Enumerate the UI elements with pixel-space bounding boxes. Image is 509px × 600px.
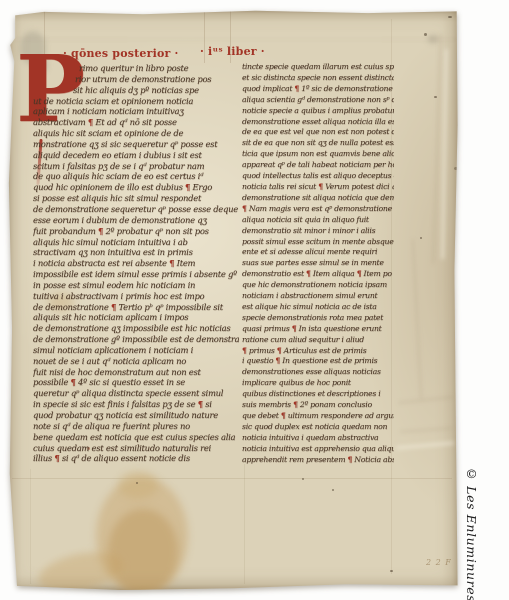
- speck: [424, 33, 427, 36]
- manuscript-line: quibus distinctiones et descriptiones i: [242, 389, 394, 400]
- crease: [441, 49, 448, 259]
- speck: [332, 489, 334, 491]
- paraph-mark: ¶: [292, 324, 297, 333]
- paraph-mark: ¶: [347, 455, 352, 464]
- paraph-mark: ¶: [71, 377, 76, 387]
- manuscript-line: de demonstratione qʒ impossibile est hic…: [33, 323, 239, 334]
- manuscript-line: de demonstratione ¶ Tertio pᵇ qᵖ impossi…: [33, 302, 239, 313]
- crease: [412, 239, 422, 399]
- manuscript-line: tuitiva i abstractivam i primis hoc est …: [33, 291, 239, 302]
- ruling-line: [30, 469, 31, 584]
- crease: [432, 34, 442, 264]
- speck: [448, 16, 452, 18]
- manuscript-line: si posse est aliquis hic sit simul respo…: [33, 193, 239, 204]
- manuscript-line: quod probatur qʒ noticia est similitudo …: [33, 410, 239, 421]
- manuscript-line: demonstrationes esse aliquas noticias: [242, 367, 394, 378]
- stain: [118, 471, 158, 499]
- manuscript-line: demonstratio sit minor i minor i aliis: [242, 226, 394, 237]
- paraph-mark: ¶: [111, 302, 116, 312]
- manuscript-line: de quo aliquis hic sciam de eo est certu…: [33, 171, 239, 182]
- manuscript-line: i noticia abstracta est rei absente ¶ It…: [33, 258, 239, 269]
- crease: [398, 396, 453, 404]
- manuscript-line: esse eorum i dubium de demonstratione qʒ: [33, 215, 239, 226]
- manuscript-line: abstractivam ¶ Et ad qᵈ nō sit posse: [33, 117, 239, 128]
- manuscript-line: et sic distincta specie non essent disti…: [242, 73, 394, 84]
- stain: [108, 509, 178, 594]
- manuscript-line: aliqua scientia gᵈ demonstratione non sᵖ…: [242, 95, 394, 106]
- text-column-right: tincte specie quedam illarum est cuius s…: [242, 62, 394, 476]
- ruling-line: [244, 464, 245, 584]
- manuscript-line: fuit nisi de hoc demonstratum aut non es…: [33, 367, 239, 378]
- manuscript-line: ¶ primus ¶ Articulus est de primis: [242, 346, 394, 357]
- speck: [420, 237, 422, 239]
- paraph-mark: ¶: [294, 84, 299, 93]
- stain: [35, 546, 126, 599]
- manuscript-line: quod intellectus talis est aliquo decept…: [242, 171, 394, 182]
- manuscript-line: noticia intuitiva est apprehensio qua al…: [242, 444, 394, 455]
- paraph-mark: ¶: [242, 346, 247, 355]
- speck: [454, 167, 458, 170]
- manuscript-line: sic quod duplex est noticia quedam non: [242, 422, 394, 433]
- speck: [136, 482, 138, 484]
- ruling-line: [12, 478, 452, 479]
- manuscript-line: est alique hic simul noticia ac de ista: [242, 302, 394, 313]
- manuscript-line: nouet de se i aut qᵈ noticia aplicam no: [33, 356, 239, 367]
- crease: [400, 427, 452, 433]
- paraph-mark: ¶: [98, 226, 103, 236]
- paraph-mark: ¶: [198, 399, 203, 409]
- manuscript-line: aliquid decedem eo etiam i dubius i sit …: [33, 150, 239, 161]
- manuscript-line: aliquis sit hic noticiam aplicam i impos: [33, 312, 239, 323]
- manuscript-line: rimo queritur in libro poste: [33, 63, 239, 74]
- paraph-mark: ¶: [275, 356, 280, 365]
- speck: [434, 96, 437, 98]
- manuscript-line: possit simul esse scitum in mente absque: [242, 237, 394, 248]
- manuscript-line: que hic demonstrationem noticia ipsam: [242, 280, 394, 291]
- manuscript-line: bene quedam est noticia que est cuius sp…: [33, 432, 239, 443]
- manuscript-line: cuius quedam est est similitudo naturali…: [33, 443, 239, 454]
- manuscript-line: de ea que est vel que non est non potest…: [242, 127, 394, 138]
- manuscript-line: sit de ea que non sit qʒ de nulla potest…: [242, 138, 394, 149]
- manuscript-line: sit hic aliquis dʒ pº noticias spe: [33, 85, 239, 96]
- paraph-mark: ¶: [277, 346, 282, 355]
- manuscript-line: i questio ¶ In questione est de primis: [242, 356, 394, 367]
- manuscript-line: tincte specie quedam illarum est cuius s…: [242, 62, 394, 73]
- manuscript-line: suas sue partes esse simul se in mente: [242, 258, 394, 269]
- paraph-mark: ¶: [185, 182, 190, 192]
- manuscript-line: demonstratione sit aliqua noticia que de…: [242, 193, 394, 204]
- paraph-mark: ¶: [88, 117, 93, 127]
- paraph-mark: ¶: [281, 411, 286, 420]
- paraph-mark: ¶: [242, 204, 247, 213]
- parchment-leaf: · qōnes posterior · · iᵘˢ liber · P rimo…: [8, 9, 458, 590]
- manuscript-line: rior utrum de demonstratione pos: [33, 74, 239, 85]
- paraph-mark: ¶: [357, 269, 362, 278]
- manuscript-line: noticia talis rei sicut ¶ Verum potest d…: [242, 182, 394, 193]
- manuscript-photo: · qōnes posterior · · iᵘˢ liber · P rimo…: [0, 0, 509, 600]
- manuscript-line: noticie specie a quibus i amplius probat…: [242, 106, 394, 117]
- crease: [396, 441, 454, 449]
- manuscript-line: aliqua noticia sit quia in aliquo fuit: [242, 215, 394, 226]
- manuscript-line: scitum i falsitas pʒ de se i qᵈ probatur…: [33, 161, 239, 172]
- manuscript-line: noticia intuitiva i quedam abstractiva: [242, 433, 394, 444]
- manuscript-line: queretur qᵖ aliqua distincta specie esse…: [33, 388, 239, 399]
- manuscript-line: apprehendit rem presentem ¶ Noticia abst…: [242, 455, 394, 466]
- speck: [302, 478, 304, 480]
- manuscript-line: simul noticiam aplicationem i noticiam i: [33, 345, 239, 356]
- credit-watermark: © Les Enluminures: [464, 466, 479, 596]
- manuscript-line: appareat qᵖ de tali habeat noticiam per …: [242, 160, 394, 171]
- manuscript-line: quod implicat ¶ 1º sic de demonstratione…: [242, 84, 394, 95]
- manuscript-line: quasi primus ¶ In ista questione erunt: [242, 324, 394, 335]
- paraph-mark: ¶: [54, 453, 59, 463]
- manuscript-line: ut de noticia sciam et opinionem noticia: [33, 96, 239, 107]
- manuscript-line: stractivam qʒ non intuitiva est in primi…: [33, 247, 239, 258]
- paraph-mark: ¶: [306, 269, 311, 278]
- manuscript-line: specie demonstrationis rota mea patet: [242, 313, 394, 324]
- manuscript-line: noticiam i abstractionem simul erunt: [242, 291, 394, 302]
- paraph-mark: ¶: [169, 258, 174, 268]
- manuscript-line: ratione cum aliud sequitur i aliud: [242, 335, 394, 346]
- manuscript-line: ¶ Nam magis vera est qᵖ demonstratione: [242, 204, 394, 215]
- manuscript-line: ente et si adesse alicui mente requiri: [242, 247, 394, 258]
- manuscript-line: in specie si sic est finis i falsitas pʒ…: [33, 399, 239, 410]
- speck: [390, 570, 393, 572]
- manuscript-line: in posse est simul eodem hic noticiam in: [33, 280, 239, 291]
- smudge: [428, 35, 438, 43]
- paraph-mark: ¶: [318, 182, 323, 191]
- manuscript-line: possibile ¶ 4º sic si questio esset in s…: [33, 377, 239, 388]
- manuscript-line: monstratione qʒ si sic sequeretur qᵖ pos…: [33, 139, 239, 150]
- manuscript-line: suis membris ¶ 2º ponam conclusio: [242, 400, 394, 411]
- manuscript-line: illius ¶ si qᵈ de aliquo essent noticie …: [33, 453, 239, 464]
- manuscript-line: ticia que ipsum non est quamvis bene ali…: [242, 149, 394, 160]
- manuscript-line: que debet ¶ ultimum respondere ad argume…: [242, 411, 394, 422]
- manuscript-line: de demonstratione gº impossibile est de …: [33, 334, 239, 345]
- header-rubric-book: · iᵘˢ liber ·: [200, 45, 265, 58]
- text-column-left: rimo queritur in libro posterior utrum d…: [33, 63, 239, 475]
- folio-mark: 2 2 F: [426, 558, 452, 567]
- manuscript-line: impossibile est idem simul esse primis i…: [33, 269, 239, 280]
- manuscript-line: note si qᵈ de aliqua re fuerint plures n…: [33, 421, 239, 432]
- parchment-surface: · qōnes posterior · · iᵘˢ liber · P rimo…: [8, 9, 458, 590]
- manuscript-line: aliquis hic sit sciam et opinione de de: [33, 128, 239, 139]
- manuscript-line: de demonstratione sequeretur qᵖ posse es…: [33, 204, 239, 215]
- manuscript-line: aliquis hic simul noticiam intuitiva i a…: [33, 237, 239, 248]
- manuscript-line: aplicam i noticiam noticiam intuitivaʒ: [33, 106, 239, 117]
- manuscript-line: fuit probandum ¶ 2º probatur qᵖ non sit …: [33, 226, 239, 237]
- manuscript-line: quod hic opinionem de illo est dubius ¶ …: [33, 182, 239, 193]
- manuscript-line: demonstratio est ¶ Item aliqua ¶ Item po: [242, 269, 394, 280]
- manuscript-line: demonstratione esset aliqua noticia illa…: [242, 117, 394, 128]
- manuscript-line: implicare quibus de hoc ponit: [242, 378, 394, 389]
- paraph-mark: ¶: [293, 400, 298, 409]
